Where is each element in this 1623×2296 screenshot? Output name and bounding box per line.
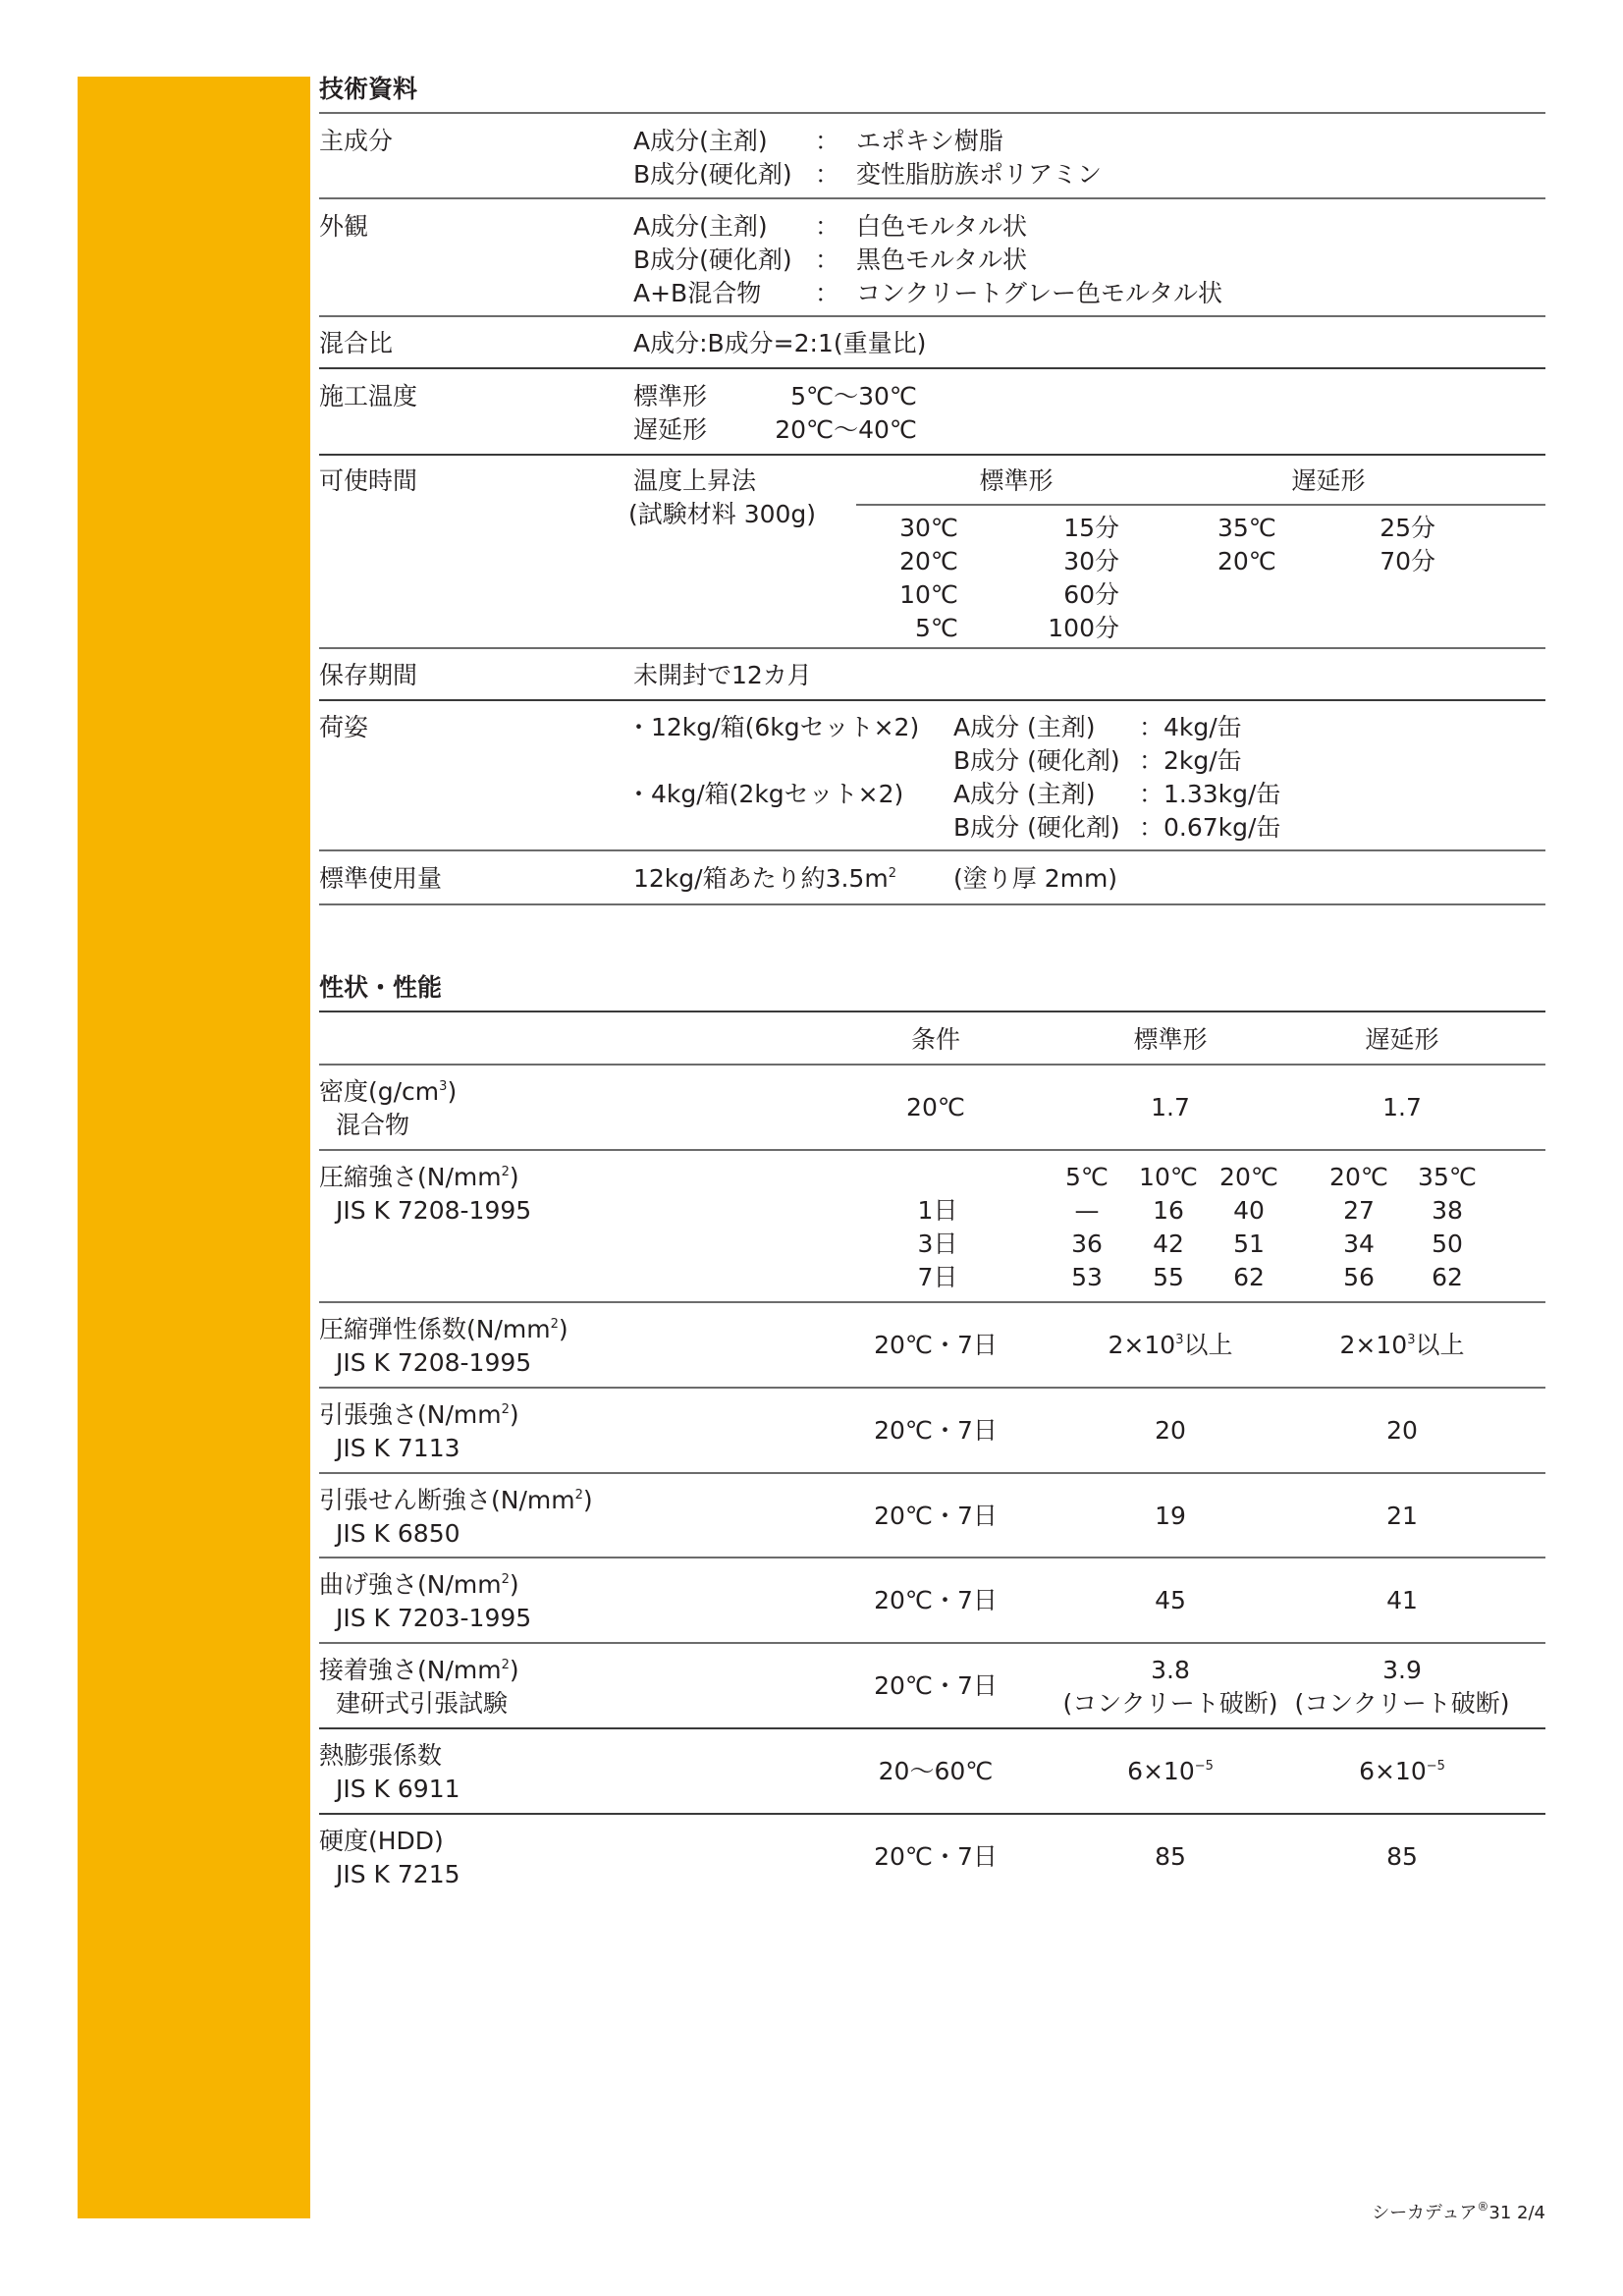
divider: [319, 1557, 1545, 1558]
hardness-condition: 20℃・7日: [874, 1840, 998, 1874]
divider: [319, 849, 1545, 851]
pot-life-std-temp: 30℃: [899, 512, 958, 545]
modulus-retarded: 2×103以上: [1340, 1329, 1465, 1362]
shear-label-end: ): [583, 1486, 593, 1514]
divider: [319, 647, 1545, 649]
tensile-label-text: 引張強さ(N/mm: [319, 1400, 502, 1429]
shear-standard: 19: [1155, 1500, 1186, 1533]
divider: [319, 112, 1545, 114]
modulus-retarded-sup: 3: [1407, 1333, 1415, 1347]
header-condition: 条件: [911, 1023, 960, 1057]
shear-label-text: 引張せん断強さ(N/mm: [319, 1486, 575, 1514]
packaging-4kg-a-key: A成分 (主剤): [953, 778, 1096, 811]
shear-label-sup: 2: [575, 1488, 583, 1503]
compressive-value: 53: [1071, 1261, 1103, 1294]
appearance-mix-key: A+B混合物: [633, 277, 761, 310]
packaging-4kg-b-value: ：0.67kg/缶: [1139, 811, 1280, 845]
tensile-retarded: 20: [1386, 1414, 1418, 1448]
compressive-age: 3日: [918, 1228, 958, 1261]
thermal-label: 熱膨張係数: [319, 1739, 442, 1773]
compressive-value: 38: [1432, 1194, 1463, 1228]
density-condition: 20℃: [906, 1091, 965, 1124]
section-title-performance: 性状・性能: [319, 971, 442, 1005]
packaging-12kg-a-value: ：4kg/缶: [1139, 711, 1242, 744]
divider: [319, 367, 1545, 369]
adhesion-label-text: 接着強さ(N/mm: [319, 1656, 502, 1684]
page-footer: シーカデュア®31 2/4: [1372, 2203, 1545, 2224]
header-retarded: 遅延形: [1365, 1023, 1438, 1057]
adhesion-standard: 3.8: [1151, 1654, 1190, 1687]
application-temp-std-type: 標準形: [633, 380, 707, 413]
shear-condition: 20℃・7日: [874, 1500, 998, 1533]
modulus-label-sup: 2: [551, 1317, 559, 1332]
appearance-b-value: 黒色モルタル状: [856, 244, 1027, 277]
footer-reg-mark: ®: [1477, 2200, 1488, 2214]
packaging-12kg-a-key: A成分 (主剤): [953, 711, 1096, 744]
tensile-label: 引張強さ(N/mm2): [319, 1398, 519, 1432]
flexural-standard: 45: [1155, 1584, 1186, 1617]
density-label-text: 密度(g/cm: [319, 1077, 439, 1106]
pot-life-std-temp: 5℃: [915, 612, 958, 645]
coverage-value: 12kg/箱あたり約3.5m2: [633, 862, 896, 896]
coverage-value-sup: 2: [889, 866, 896, 881]
main-a-value: エポキシ樹脂: [856, 125, 1003, 158]
tensile-label-end: ): [510, 1400, 519, 1429]
shelf-life-value: 未開封で12カ月: [633, 659, 812, 692]
appearance-a-value: 白色モルタル状: [856, 210, 1027, 244]
packaging-12kg-b-key: B成分 (硬化剤): [953, 744, 1120, 778]
divider: [319, 454, 1545, 456]
row-label-coverage: 標準使用量: [319, 862, 442, 896]
section-title-tech: 技術資料: [319, 73, 417, 106]
modulus-standard-end: 以上: [1183, 1331, 1232, 1359]
thermal-retarded-text: 6×10: [1359, 1757, 1427, 1785]
divider: [319, 1387, 1545, 1389]
thermal-retarded-sup: −5: [1427, 1759, 1445, 1774]
pot-life-std-temp: 20℃: [899, 545, 958, 578]
adhesion-condition: 20℃・7日: [874, 1669, 998, 1703]
thermal-standard-text: 6×10: [1127, 1757, 1195, 1785]
pot-life-std-temp: 10℃: [899, 578, 958, 612]
row-label-appearance: 外観: [319, 210, 368, 244]
density-standard: 1.7: [1151, 1091, 1190, 1124]
pot-life-ret-time: 25分: [1380, 512, 1435, 545]
pot-life-ret-temp: 35℃: [1217, 512, 1276, 545]
footer-model: 31: [1488, 2203, 1511, 2223]
row-label-mix-ratio: 混合比: [319, 327, 393, 360]
adhesion-label: 接着強さ(N/mm2): [319, 1654, 519, 1687]
tensile-condition: 20℃・7日: [874, 1414, 998, 1448]
appearance-b-key: B成分(硬化剤): [633, 244, 792, 277]
pot-life-std-time: 60分: [1063, 578, 1119, 612]
compressive-value: 34: [1343, 1228, 1375, 1261]
row-label-application-temp: 施工温度: [319, 380, 417, 413]
appearance-a-key: A成分(主剤): [633, 210, 768, 244]
compressive-age: 1日: [918, 1194, 958, 1228]
divider: [319, 1064, 1545, 1066]
accent-bar: [78, 77, 310, 2218]
application-temp-ret-type: 遅延形: [633, 413, 707, 447]
appearance-b-sep: ：: [815, 244, 839, 277]
flexural-retarded: 41: [1386, 1584, 1418, 1617]
shear-retarded: 21: [1386, 1500, 1418, 1533]
adhesion-retarded: 3.9: [1382, 1654, 1422, 1687]
compressive-label-sup: 2: [502, 1165, 510, 1179]
divider: [319, 903, 1545, 905]
tensile-sub: JIS K 7113: [336, 1432, 460, 1465]
compressive-ret-temp: 35℃: [1418, 1161, 1477, 1194]
footer-page-number: 2/4: [1517, 2203, 1545, 2223]
density-retarded: 1.7: [1382, 1091, 1422, 1124]
packaging-4kg-b-key: B成分 (硬化剤): [953, 811, 1120, 845]
compressive-value: 62: [1233, 1261, 1265, 1294]
pot-life-method: 温度上昇法: [633, 465, 756, 498]
flexural-sub: JIS K 7203-1995: [336, 1602, 531, 1635]
mix-ratio-value: A成分:B成分=2:1(重量比): [633, 327, 926, 360]
adhesion-standard-note: (コンクリート破断): [1062, 1687, 1277, 1721]
application-temp-std-range: 5℃〜30℃: [790, 380, 917, 413]
modulus-standard-sup: 3: [1175, 1333, 1183, 1347]
header-standard: 標準形: [1133, 1023, 1207, 1057]
compressive-std-temp: 5℃: [1065, 1161, 1109, 1194]
shear-sub: JIS K 6850: [336, 1517, 460, 1551]
density-label-end: ): [447, 1077, 457, 1106]
compressive-value: 36: [1071, 1228, 1103, 1261]
divider: [319, 1727, 1545, 1729]
main-b-value: 変性脂肪族ポリアミン: [856, 158, 1102, 191]
appearance-a-sep: ：: [815, 210, 839, 244]
thermal-standard-sup: −5: [1195, 1759, 1214, 1774]
compressive-ret-temp: 20℃: [1329, 1161, 1388, 1194]
appearance-mix-sep: ：: [815, 277, 839, 310]
modulus-standard-text: 2×10: [1109, 1331, 1176, 1359]
adhesion-retarded-note: (コンクリート破断): [1294, 1687, 1509, 1721]
modulus-sub: JIS K 7208-1995: [336, 1346, 531, 1380]
shear-label: 引張せん断強さ(N/mm2): [319, 1484, 593, 1517]
divider: [319, 1149, 1545, 1151]
pot-life-standard-header: 標準形: [979, 465, 1053, 498]
coverage-value-text: 12kg/箱あたり約3.5m: [633, 864, 889, 893]
compressive-label-end: ): [510, 1163, 519, 1191]
thermal-retarded: 6×10−5: [1359, 1755, 1445, 1788]
hardness-label: 硬度(HDD): [319, 1825, 444, 1858]
hardness-sub: JIS K 7215: [336, 1858, 460, 1891]
row-label-pot-life: 可使時間: [319, 465, 417, 498]
compressive-value: 42: [1153, 1228, 1184, 1261]
compressive-value: 62: [1432, 1261, 1463, 1294]
pot-life-retarded-header: 遅延形: [1291, 465, 1365, 498]
main-a-sep: ：: [815, 125, 839, 158]
divider: [319, 699, 1545, 701]
modulus-label-text: 圧縮弾性係数(N/mm: [319, 1315, 551, 1343]
flexural-label-end: ): [510, 1570, 519, 1599]
divider: [319, 1011, 1545, 1012]
compressive-age: 7日: [918, 1261, 958, 1294]
compressive-value: 56: [1343, 1261, 1375, 1294]
pot-life-ret-time: 70分: [1380, 545, 1435, 578]
compressive-value: 50: [1432, 1228, 1463, 1261]
adhesion-sub: 建研式引張試験: [336, 1687, 508, 1721]
row-label-packaging: 荷姿: [319, 711, 368, 744]
packaging-4kg-a-value: ：1.33kg/缶: [1139, 778, 1280, 811]
tensile-label-sup: 2: [502, 1402, 510, 1417]
thermal-standard: 6×10−5: [1127, 1755, 1214, 1788]
compressive-value: 40: [1233, 1194, 1265, 1228]
main-b-sep: ：: [815, 158, 839, 191]
adhesion-label-sup: 2: [502, 1658, 510, 1672]
pot-life-std-time: 15分: [1063, 512, 1119, 545]
modulus-label-end: ): [559, 1315, 568, 1343]
thermal-sub: JIS K 6911: [336, 1773, 460, 1806]
row-label-main-component: 主成分: [319, 125, 393, 158]
compressive-value: 51: [1233, 1228, 1265, 1261]
tensile-standard: 20: [1155, 1414, 1186, 1448]
compressive-sub: JIS K 7208-1995: [336, 1194, 531, 1228]
modulus-retarded-end: 以上: [1415, 1331, 1464, 1359]
hardness-retarded: 85: [1386, 1840, 1418, 1874]
flexural-condition: 20℃・7日: [874, 1584, 998, 1617]
coverage-note: (塗り厚 2mm): [953, 862, 1117, 896]
divider: [319, 1813, 1545, 1815]
packaging-unit-4kg: ・4kg/箱(2kgセット×2): [626, 778, 903, 811]
divider: [319, 1642, 1545, 1644]
application-temp-ret-range: 20℃〜40℃: [775, 413, 917, 447]
compressive-value: 27: [1343, 1194, 1375, 1228]
compressive-std-temp: 10℃: [1139, 1161, 1198, 1194]
compressive-value: —: [1075, 1194, 1100, 1228]
divider: [319, 315, 1545, 317]
divider: [319, 1301, 1545, 1303]
modulus-retarded-text: 2×10: [1340, 1331, 1408, 1359]
thermal-condition: 20〜60℃: [879, 1755, 994, 1788]
pot-life-ret-temp: 20℃: [1217, 545, 1276, 578]
compressive-value: 55: [1153, 1261, 1184, 1294]
compressive-std-temp: 20℃: [1219, 1161, 1278, 1194]
packaging-unit-12kg: ・12kg/箱(6kgセット×2): [626, 711, 919, 744]
flexural-label-text: 曲げ強さ(N/mm: [319, 1570, 502, 1599]
main-a-key: A成分(主剤): [633, 125, 768, 158]
compressive-label-text: 圧縮強さ(N/mm: [319, 1163, 502, 1191]
density-sub: 混合物: [336, 1109, 409, 1142]
main-b-key: B成分(硬化剤): [633, 158, 792, 191]
compressive-value: 16: [1153, 1194, 1184, 1228]
adhesion-label-end: ): [510, 1656, 519, 1684]
modulus-standard: 2×103以上: [1109, 1329, 1233, 1362]
appearance-mix-value: コンクリートグレー色モルタル状: [856, 277, 1222, 310]
divider-sub: [856, 504, 1545, 506]
packaging-12kg-b-value: ：2kg/缶: [1139, 744, 1242, 778]
flexural-label-sup: 2: [502, 1572, 510, 1587]
pot-life-std-time: 30分: [1063, 545, 1119, 578]
compressive-label: 圧縮強さ(N/mm2): [319, 1161, 519, 1194]
hardness-standard: 85: [1155, 1840, 1186, 1874]
pot-life-std-time: 100分: [1048, 612, 1119, 645]
row-label-shelf-life: 保存期間: [319, 659, 417, 692]
divider: [319, 197, 1545, 199]
modulus-condition: 20℃・7日: [874, 1329, 998, 1362]
density-label: 密度(g/cm3): [319, 1075, 457, 1109]
modulus-label: 圧縮弾性係数(N/mm2): [319, 1313, 568, 1346]
flexural-label: 曲げ強さ(N/mm2): [319, 1568, 519, 1602]
pot-life-sample: (試験材料 300g): [628, 498, 816, 531]
divider: [319, 1472, 1545, 1474]
footer-product: シーカデュア: [1372, 2203, 1477, 2223]
